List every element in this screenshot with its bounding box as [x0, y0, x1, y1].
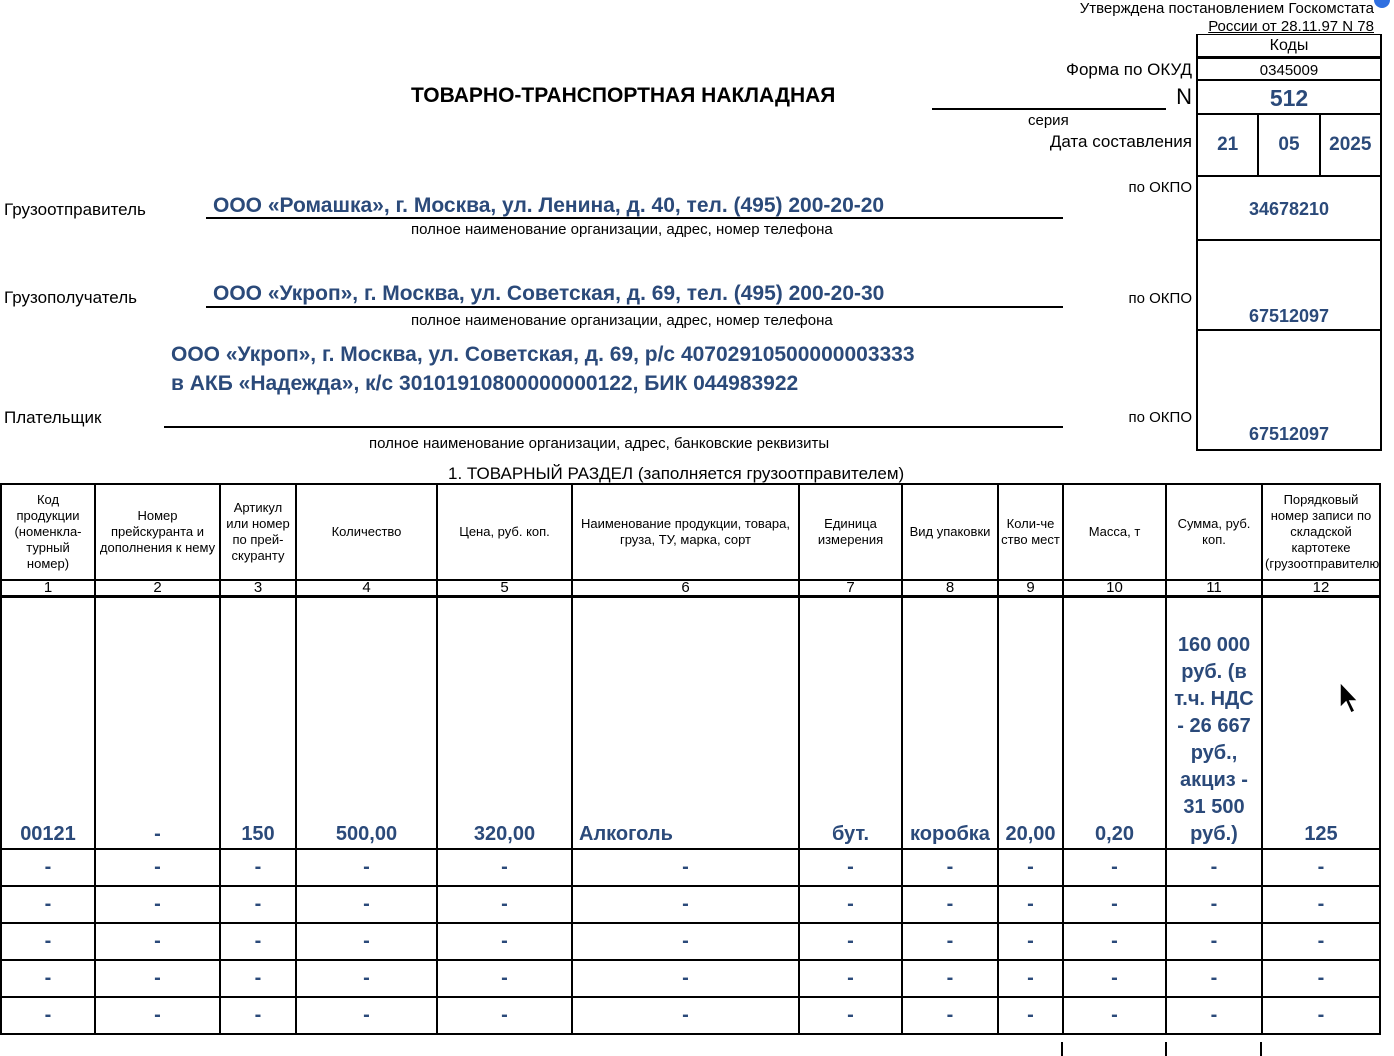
table-cell[interactable]: -: [1063, 960, 1166, 997]
table-cell[interactable]: -: [95, 923, 220, 960]
table-continuation-line: [1165, 1042, 1167, 1056]
table-cell[interactable]: -: [296, 849, 437, 886]
col-number: 5: [437, 580, 572, 597]
table-cell[interactable]: -: [902, 960, 998, 997]
shipper-line: [206, 217, 1063, 219]
codes-box: Коды 0345009 512 21 05 2025 34678210 675…: [1196, 34, 1382, 451]
mouse-cursor-icon: [1338, 680, 1360, 716]
table-row: ------------: [1, 886, 1380, 923]
payer-line: [164, 426, 1063, 428]
table-cell[interactable]: -: [1, 886, 95, 923]
col-number: 7: [799, 580, 902, 597]
okpo-shipper[interactable]: 34678210: [1198, 177, 1380, 241]
cell-package-type[interactable]: коробка: [902, 597, 998, 850]
table-cell[interactable]: -: [1, 960, 95, 997]
table-cell[interactable]: -: [95, 960, 220, 997]
table-cell[interactable]: -: [296, 997, 437, 1034]
table-continuation-line: [1260, 1042, 1262, 1056]
column-number-row: 1 2 3 4 5 6 7 8 9 10 11 12: [1, 580, 1380, 597]
table-cell[interactable]: -: [95, 997, 220, 1034]
table-cell[interactable]: -: [998, 923, 1063, 960]
col-header: Номер прейскуранта и дополнения к нему: [95, 484, 220, 580]
cell-mass[interactable]: 0,20: [1063, 597, 1166, 850]
document-number[interactable]: 512: [1198, 81, 1380, 115]
col-number: 9: [998, 580, 1063, 597]
approval-note: Утверждена постановлением Госкомстата Ро…: [1080, 0, 1374, 36]
date-fields: 21 05 2025: [1198, 115, 1380, 177]
table-cell[interactable]: -: [1, 997, 95, 1034]
payer-value[interactable]: ООО «Укроп», г. Москва, ул. Советская, д…: [171, 340, 915, 398]
table-row: ------------: [1, 960, 1380, 997]
table-cell[interactable]: -: [902, 886, 998, 923]
table-continuation-line: [1061, 1042, 1063, 1056]
table-row: 00121 - 150 500,00 320,00 Алкоголь бут. …: [1, 597, 1380, 850]
table-cell[interactable]: -: [1, 923, 95, 960]
date-day[interactable]: 21: [1198, 115, 1259, 175]
okud-value[interactable]: 0345009: [1198, 57, 1380, 81]
table-cell[interactable]: -: [1166, 960, 1262, 997]
date-label: Дата составления: [1050, 132, 1192, 152]
consignee-value[interactable]: ООО «Укроп», г. Москва, ул. Советская, д…: [213, 282, 884, 306]
table-cell[interactable]: -: [1262, 886, 1380, 923]
table-cell[interactable]: -: [437, 960, 572, 997]
table-cell[interactable]: -: [1262, 923, 1380, 960]
table-cell[interactable]: -: [95, 886, 220, 923]
table-cell[interactable]: -: [220, 997, 296, 1034]
table-row: ------------: [1, 923, 1380, 960]
col-number: 11: [1166, 580, 1262, 597]
cell-article[interactable]: 150: [220, 597, 296, 850]
payer-value-line-2: в АКБ «Надежда», к/с 3010191080000000012…: [171, 369, 915, 398]
col-header: Код продукции (номенкла-турный номер): [1, 484, 95, 580]
payer-hint: полное наименование организации, адрес, …: [369, 435, 829, 452]
table-cell[interactable]: -: [1063, 997, 1166, 1034]
table-cell[interactable]: -: [95, 849, 220, 886]
table-cell[interactable]: -: [902, 923, 998, 960]
col-number: 2: [95, 580, 220, 597]
shipper-value[interactable]: ООО «Ромашка», г. Москва, ул. Ленина, д.…: [213, 194, 884, 218]
col-number: 1: [1, 580, 95, 597]
okpo-label-payer: по ОКПО: [1129, 409, 1193, 426]
table-cell[interactable]: -: [1262, 997, 1380, 1034]
col-header: Сумма, руб. коп.: [1166, 484, 1262, 580]
table-cell[interactable]: -: [437, 997, 572, 1034]
table-cell[interactable]: -: [902, 849, 998, 886]
series-label: серия: [1028, 112, 1069, 129]
goods-table: Код продукции (номенкла-турный номер) Но…: [0, 483, 1381, 1035]
cell-price[interactable]: 320,00: [437, 597, 572, 850]
col-header: Артикул или номер по прей-скуранту: [220, 484, 296, 580]
table-cell[interactable]: -: [1063, 849, 1166, 886]
col-header: Вид упаковки: [902, 484, 998, 580]
col-header: Масса, т: [1063, 484, 1166, 580]
table-cell[interactable]: -: [799, 923, 902, 960]
table-cell[interactable]: -: [998, 886, 1063, 923]
table-cell[interactable]: -: [572, 849, 799, 886]
cell-sum[interactable]: 160 000 руб. (в т.ч. НДС - 26 667 руб., …: [1166, 597, 1262, 850]
date-year[interactable]: 2025: [1321, 115, 1380, 175]
table-cell[interactable]: -: [1262, 849, 1380, 886]
okpo-consignee[interactable]: 67512097: [1198, 241, 1380, 331]
table-cell[interactable]: -: [220, 960, 296, 997]
cell-product-name[interactable]: Алкоголь: [572, 597, 799, 850]
table-cell[interactable]: -: [220, 849, 296, 886]
table-cell[interactable]: -: [296, 923, 437, 960]
okpo-label-consignee: по ОКПО: [1129, 290, 1193, 307]
okpo-label-shipper: по ОКПО: [1129, 179, 1193, 196]
date-month[interactable]: 05: [1259, 115, 1320, 175]
okpo-payer[interactable]: 67512097: [1198, 331, 1380, 449]
section-title: 1. ТОВАРНЫЙ РАЗДЕЛ (заполняется грузоотп…: [448, 464, 904, 484]
approval-line-1: Утверждена постановлением Госкомстата: [1080, 0, 1374, 18]
series-line: [932, 108, 1166, 110]
consignee-line: [206, 306, 1063, 308]
table-cell[interactable]: -: [998, 849, 1063, 886]
col-number: 12: [1262, 580, 1380, 597]
table-cell[interactable]: -: [799, 960, 902, 997]
table-cell[interactable]: -: [437, 849, 572, 886]
table-cell[interactable]: -: [1166, 997, 1262, 1034]
col-header: Коли-че ство мест: [998, 484, 1063, 580]
col-number: 6: [572, 580, 799, 597]
cell-pricelist-number[interactable]: -: [95, 597, 220, 850]
shipper-hint: полное наименование организации, адрес, …: [411, 221, 833, 238]
table-cell[interactable]: -: [296, 886, 437, 923]
payer-label: Плательщик: [4, 408, 101, 428]
table-cell[interactable]: -: [1063, 886, 1166, 923]
col-header: Порядковый номер записи по складской кар…: [1262, 484, 1380, 580]
table-cell[interactable]: -: [437, 886, 572, 923]
table-row: ------------: [1, 849, 1380, 886]
codes-header: Коды: [1198, 35, 1380, 57]
table-cell[interactable]: -: [1166, 923, 1262, 960]
okud-label: Форма по ОКУД: [1066, 60, 1192, 80]
table-cell[interactable]: -: [998, 997, 1063, 1034]
table-cell[interactable]: -: [220, 886, 296, 923]
table-cell[interactable]: -: [1063, 923, 1166, 960]
table-cell[interactable]: -: [799, 849, 902, 886]
table-cell[interactable]: -: [799, 886, 902, 923]
table-header-row: Код продукции (номенкла-турный номер) Но…: [1, 484, 1380, 580]
col-header: Единица измерения: [799, 484, 902, 580]
table-cell[interactable]: -: [572, 997, 799, 1034]
col-number: 4: [296, 580, 437, 597]
table-cell[interactable]: -: [1166, 886, 1262, 923]
table-cell[interactable]: -: [1166, 849, 1262, 886]
table-row: ------------: [1, 997, 1380, 1034]
table-cell[interactable]: -: [220, 923, 296, 960]
table-cell[interactable]: -: [437, 923, 572, 960]
table-cell[interactable]: -: [572, 923, 799, 960]
number-label: N: [1176, 84, 1192, 110]
col-header: Цена, руб. коп.: [437, 484, 572, 580]
notification-dot-icon[interactable]: [1374, 0, 1390, 8]
page-title: ТОВАРНО-ТРАНСПОРТНАЯ НАКЛАДНАЯ: [411, 84, 835, 108]
table-cell[interactable]: -: [799, 997, 902, 1034]
col-header: Наименование продукции, товара, груза, Т…: [572, 484, 799, 580]
col-header: Количество: [296, 484, 437, 580]
consignee-label: Грузополучатель: [4, 288, 137, 308]
cell-record-number[interactable]: 125: [1262, 597, 1380, 850]
shipper-label: Грузоотправитель: [4, 200, 146, 220]
table-cell[interactable]: -: [1, 849, 95, 886]
table-cell[interactable]: -: [902, 997, 998, 1034]
cell-product-code[interactable]: 00121: [1, 597, 95, 850]
cell-places-count[interactable]: 20,00: [998, 597, 1063, 850]
col-number: 8: [902, 580, 998, 597]
cell-quantity[interactable]: 500,00: [296, 597, 437, 850]
table-cell[interactable]: -: [1262, 960, 1380, 997]
col-number: 3: [220, 580, 296, 597]
table-cell[interactable]: -: [296, 960, 437, 997]
table-cell[interactable]: -: [998, 960, 1063, 997]
consignee-hint: полное наименование организации, адрес, …: [411, 312, 833, 329]
table-cell[interactable]: -: [572, 886, 799, 923]
col-number: 10: [1063, 580, 1166, 597]
table-cell[interactable]: -: [572, 960, 799, 997]
cell-unit[interactable]: бут.: [799, 597, 902, 850]
payer-value-line-1: ООО «Укроп», г. Москва, ул. Советская, д…: [171, 340, 915, 369]
